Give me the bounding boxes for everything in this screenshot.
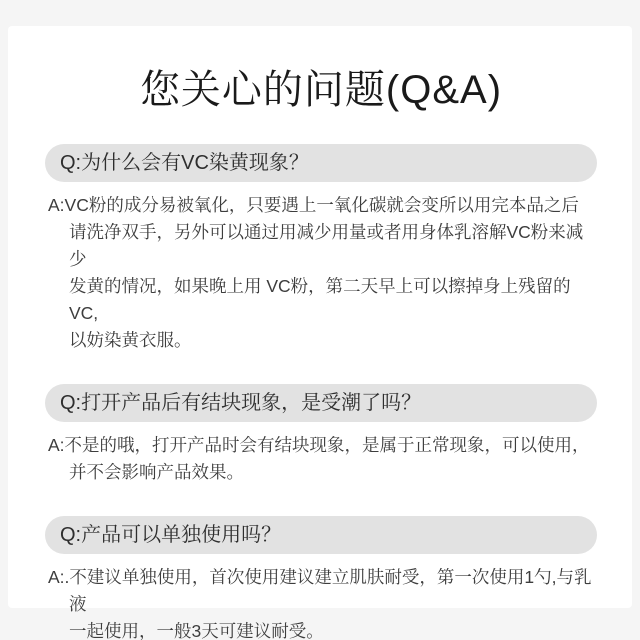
question-pill: Q:产品可以单独使用吗？ [45, 516, 597, 554]
page-title: 您关心的问题(Q&A) [45, 68, 597, 112]
question-pill: Q:为什么会有VC染黄现象？ [45, 144, 597, 182]
question-text: Q:产品可以单独使用吗？ [60, 525, 281, 545]
question-pill: Q:打开产品后有结块现象，是受潮了吗？ [45, 384, 597, 422]
question-text: Q:打开产品后有结块现象，是受潮了吗？ [60, 393, 421, 413]
qa-section-3: Q:产品可以单独使用吗？ A:.不建议单独使用，首次使用建议建立肌肤耐受，第一次… [45, 516, 597, 640]
page-background: { "page": { "title": "您关心的问题(Q&A)" }, "q… [0, 0, 640, 640]
answer-text: A:VC粉的成分易被氧化，只要遇上一氧化碳就会变所以用完本品之后 请洗净双手，另… [48, 192, 597, 354]
answer-text: A:.不建议单独使用，首次使用建议建立肌肤耐受，第一次使用1勺,与乳液 一起使用… [48, 564, 597, 640]
qa-section-2: Q:打开产品后有结块现象，是受潮了吗？ A:不是的哦，打开产品时会有结块现象，是… [45, 384, 597, 486]
question-text: Q:为什么会有VC染黄现象？ [60, 153, 309, 173]
qa-section-1: Q:为什么会有VC染黄现象？ A:VC粉的成分易被氧化，只要遇上一氧化碳就会变所… [45, 144, 597, 354]
qa-card: 您关心的问题(Q&A) Q:为什么会有VC染黄现象？ A:VC粉的成分易被氧化，… [8, 26, 632, 608]
answer-text: A:不是的哦，打开产品时会有结块现象，是属于正常现象，可以使用， 并不会影响产品… [48, 432, 597, 486]
